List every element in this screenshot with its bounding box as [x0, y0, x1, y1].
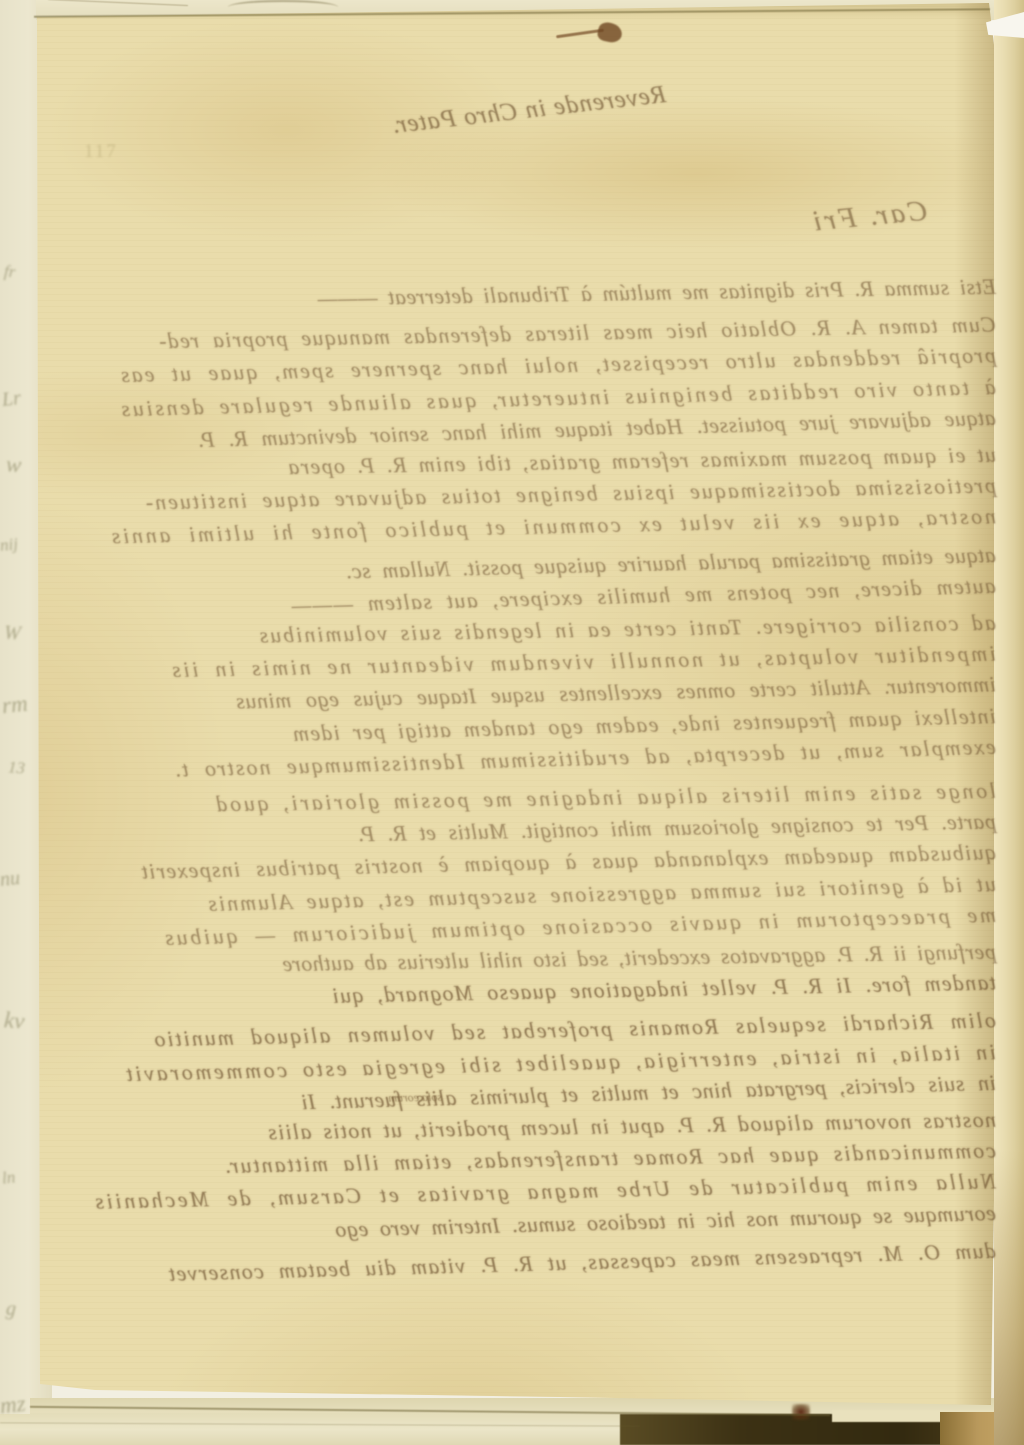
margin-script-fragment: rm: [1, 691, 29, 720]
margin-script-fragment: Lr: [1, 387, 22, 412]
margin-script-fragment: nij: [0, 534, 19, 556]
margin-script-fragment: w: [5, 451, 22, 478]
interline-note: sola eorum: [300, 1090, 442, 1107]
margin-script-fragment: mz: [0, 1391, 27, 1420]
margin-script-fragment: kv: [3, 1007, 25, 1034]
margin-script-fragment: fr: [3, 262, 16, 283]
margin-script-fragment: 13: [7, 757, 25, 778]
margin-script-fragment: ln: [1, 1167, 16, 1188]
faint-page-number: 117: [84, 141, 118, 163]
margin-script-fragment: g: [5, 1298, 17, 1322]
margin-script-fragment: nu: [0, 867, 21, 892]
margin-script-fragment: W: [3, 621, 21, 645]
bottom-edge-ink-spot: [792, 1404, 810, 1420]
scanned-letter-photo: 117 Reverende in Chro Pater. Car. Fri Et…: [0, 0, 1024, 1445]
paper-fiber-curve: [228, 0, 338, 14]
page-fold-lower-shading: [994, 1150, 1024, 1445]
